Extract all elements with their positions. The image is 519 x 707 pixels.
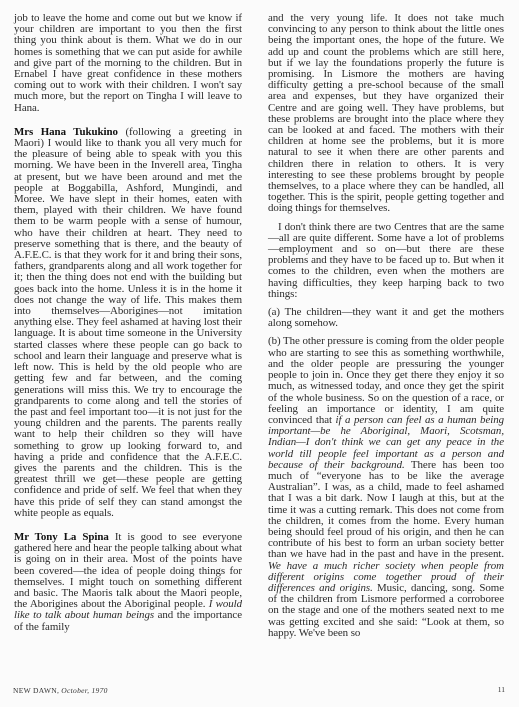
body-text: There has been too much of “everyone has… xyxy=(268,459,504,561)
paragraph-intro: job to leave the home and come out but w… xyxy=(14,13,242,114)
paragraph-continued: and the very young life. It does not tak… xyxy=(268,13,504,215)
list-item-b: (b) The other pressure is coming from th… xyxy=(268,336,504,638)
footer-publication: NEW DAWN, October, 1970 xyxy=(13,686,108,695)
speaker-name: Mr Tony La Spina xyxy=(14,531,109,543)
speech-text: (following a greeting in Maori) I would … xyxy=(14,126,242,519)
right-column: and the very young life. It does not tak… xyxy=(268,13,504,639)
page-number: 11 xyxy=(498,685,505,694)
publication-name: NEW DAWN, xyxy=(13,686,61,695)
left-column: job to leave the home and come out but w… xyxy=(14,13,242,633)
body-text: (b) The other pressure is coming from th… xyxy=(268,335,504,425)
paragraph-hana-tukukino: Mrs Hana Tukukino (following a greeting … xyxy=(14,127,242,519)
issue-date: October, 1970 xyxy=(61,686,107,695)
list-item-a: (a) The children—they want it and get th… xyxy=(268,307,504,329)
speaker-name: Mrs Hana Tukukino xyxy=(14,126,118,138)
paragraph-tony-la-spina: Mr Tony La Spina It is good to see every… xyxy=(14,532,242,633)
document-page: job to leave the home and come out but w… xyxy=(0,0,519,707)
paragraph-centres: I don't think there are two Centres that… xyxy=(268,222,504,300)
